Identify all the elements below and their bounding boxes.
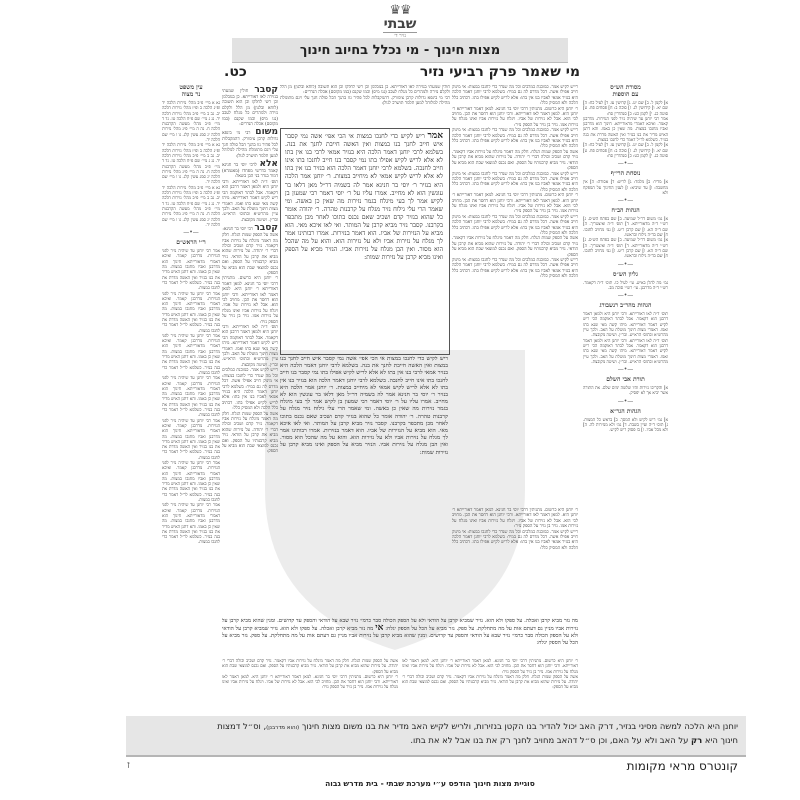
summary-note: (והוא מדרבנן) bbox=[266, 725, 299, 731]
rashi-top-text-2: ר׳ יוחנן היא כרשום. מתניתין דרבי יוסי בר… bbox=[452, 107, 578, 129]
rashi-bottom-left-text-2: ר׳ יוחנן היא כרשום. מתניתין דרבי יוסי בר… bbox=[222, 674, 398, 690]
hagahos-mohar-text-2: תוס׳ ד״ה לאו דאורייתא. ורבי יוחנן היא ול… bbox=[583, 338, 668, 364]
publisher-logo: ♛♛ שבתי נזיר ד׳ bbox=[375, 4, 425, 38]
rosh-text: אמר רבי יוחנן עד שיהיה נזיר לפני הנזירות… bbox=[162, 248, 220, 290]
summary-line-1-end: , וס״ל דמצות bbox=[217, 721, 266, 731]
rashi-right-text: ר׳ יוחנן היא כרשום. מתניתין דרבי יוסי בר… bbox=[452, 508, 578, 530]
ornament-divider bbox=[162, 230, 220, 236]
masores-text: א] לקמן ל. ב] שם יט. ג] קדושין עו. ד] לע… bbox=[583, 100, 668, 116]
rashi-top-text-8: אשה על הספק שמות הגלח. חלק מה דאמר מיגלח… bbox=[452, 236, 578, 258]
gemara-continuation: ריש לקיש כדי לחנכו במצות אי הכי אפי׳ אשה… bbox=[280, 356, 448, 616]
rashi-top-text: רייש לקיש אמר. כמובנת כמלכים וכל מה שנדר… bbox=[452, 85, 578, 107]
topic-title-band: מצות חינוך - מי נכלל בחיוב חינוך bbox=[232, 38, 568, 63]
chapter-header: מי שאמר פרק רביעי נזיר כט. bbox=[224, 64, 580, 84]
summary-line-2-text: על האב ולא על האם, וכן ס״ל דהאב מחויב לח… bbox=[410, 735, 688, 745]
ornament-divider bbox=[583, 198, 668, 204]
tosfos-text-5: רבי יוסי בר חנינא: bbox=[222, 227, 253, 232]
topic-title: מצות חינוך - מי נכלל בחיוב חינוך bbox=[300, 43, 500, 58]
tosfos-text: חולין שמעתי בנזירה לאו דאורייתא. כן בנזב… bbox=[222, 89, 278, 127]
tosfos-wide-text-2: רבי מי ביגפא גדולות קרבן צימורק. דהמקבלו… bbox=[280, 96, 450, 107]
toras-text: א] והקריבו נזירות והיו שלשה ימים שלם. את… bbox=[583, 385, 668, 396]
tosfos-para: אלא לרבי יוסי בר חנינא קאמר בדרשי מפחדו … bbox=[222, 159, 278, 180]
ornament-divider bbox=[583, 293, 668, 299]
tosfos-lead-word-2: משום bbox=[255, 127, 278, 137]
rosh-text-5: אמר רבי יוחנן עד שיהיה נזיר לפני הנזירות… bbox=[162, 418, 220, 460]
gilyon-head: גליון הש״ס bbox=[583, 271, 668, 278]
tosfos-para: משום רבי מי ביגפא גדולות קרבן צימורק. דה… bbox=[222, 127, 278, 159]
summary-box: יוחנן היא הלכה למשה מסיני בנזיר, דרק האב… bbox=[126, 716, 746, 757]
gemara-text: ריש לקיש כדי לחנכו במצות אי הכי אפי׳ אשה… bbox=[285, 133, 443, 261]
ein-mishpat-head: עין משפט נר מצוה bbox=[162, 84, 220, 98]
rashi-top-text-3: רייש לקיש אמר. כמובנת כמלכים וכל מה שנדר… bbox=[452, 128, 578, 150]
gemara-lower-para: מה נזר מביא קרבן ואכלה. על ספקו ולא הוא.… bbox=[222, 618, 578, 647]
tosfos-text-4: תוס׳ ד״ה לאו דאורייתא. ורבי יוחנן היא ול… bbox=[222, 180, 278, 223]
tosfos-text-10: אשה על הספק שמות הגלח. חלק מה דאמר מיגלח… bbox=[222, 412, 278, 455]
tosfos-lead-word-3: אלא bbox=[259, 159, 278, 169]
tosfos-para: תוס׳ ד״ה לאו דאורייתא. ורבי יוחנן היא ול… bbox=[222, 180, 278, 223]
rashi-top-text-7: רייש לקיש אמר. כמובנת כמלכים וכל מה שנדר… bbox=[452, 215, 578, 237]
ein-mishpat-text-2: נא א מיי׳ פ״ב מהל׳ נזירות הלכה יד ופ״ג ה… bbox=[162, 142, 220, 184]
right-margin-column: מסורת הש״ס עם הוספות א] לקמן ל. ב] שם יט… bbox=[583, 82, 668, 707]
hagahos-mohar-head: הגהות מהר״ב רנשבורג bbox=[583, 302, 668, 309]
gemara-cont-text: ריש לקיש כדי לחנכו במצות אי הכי אפי׳ אשה… bbox=[280, 356, 448, 457]
masores-head: מסורת הש״ס עם הוספות bbox=[583, 84, 668, 98]
tosfos-para: קסבר רבי יוסי בר חנינא: bbox=[222, 223, 278, 233]
rosh-text-6: אמר רבי יוחנן עד שיהיה נזיר לפני הנזירות… bbox=[162, 460, 220, 502]
rashi-bottom-left-text: אשה על הספק שמות הגלח. חלק מה דאמר מיגלח… bbox=[222, 658, 398, 674]
masores-text-3: א] לקמן ל. ב] שם יט. ג] קדושין עו. ד] לע… bbox=[583, 142, 668, 158]
gilyon-text: גמ׳ מה להלן באיש. עי׳ לעיל כו. תוס׳ ד״ה … bbox=[583, 280, 668, 291]
left-margin-column: עין משפט נר מצוה נא א מיי׳ פ״ב מהל׳ נזיר… bbox=[162, 82, 220, 707]
summary-emphasis: רק bbox=[691, 735, 702, 745]
tosfos-text-6: אשה על הספק שמות הגלח. חלק מה דאמר מיגלח… bbox=[222, 233, 278, 276]
tosfos-block: קסבר חולין שמעתי בנזירה לאו דאורייתא. כן… bbox=[222, 85, 278, 615]
tosfos-para: קסבר חולין שמעתי בנזירה לאו דאורייתא. כן… bbox=[222, 85, 278, 127]
tosfos-lead-word-4: קסבר bbox=[254, 223, 278, 233]
ein-mishpat-text: נא א מיי׳ פ״ב מהל׳ נזירות הלכה יד ופ״ג ה… bbox=[162, 100, 220, 142]
rashi-right-text-2: רייש לקיש אמר. כמובנת כמלכים וכל מה שנדר… bbox=[452, 530, 578, 552]
masores-text-2: אמר רבי יוחנן עד שיהיה נזיר לפני הנזירות… bbox=[583, 116, 668, 142]
ornament-divider bbox=[583, 161, 668, 167]
ornament-divider bbox=[583, 262, 668, 268]
summary-line-2: חינוך היא רק על האב ולא על האם, וכן ס״ל … bbox=[126, 734, 746, 746]
gemara-lower-lead: אי bbox=[375, 623, 383, 633]
hagahos-text: א] גמ׳ משום דר״ל שמיעה. ב] שם בפתח הש״ס.… bbox=[583, 216, 668, 237]
rosh-text-2: אמר רבי יוחנן עד שיהיה נזיר לפני הנזירות… bbox=[162, 291, 220, 333]
hagra-text: א] גמ׳ ריש לקיש ולא המסך. ב] בראש כל המצ… bbox=[583, 417, 668, 433]
tosfos-para: אשה על הספק שמות הגלח. חלק מה דאמר מיגלח… bbox=[222, 412, 278, 455]
tosfos-lead-word: קסבר bbox=[254, 85, 278, 95]
tosfos-para: תוס׳ ד״ה לאו דאורייתא. ורבי יוחנן היא ול… bbox=[222, 325, 278, 368]
gemara-lead-word: אמר bbox=[427, 132, 443, 141]
summary-line-1-text: יוחנן היא הלכה למשה מסיני בנזיר, דרק האב… bbox=[302, 721, 738, 731]
hagahos-text-2: א] גמ׳ משום דר״ל שמיעה. ב] שם בפתח הש״ס.… bbox=[583, 237, 668, 258]
rashi-right-continuation: ר׳ יוחנן היא כרשום. מתניתין דרבי יוסי בר… bbox=[452, 508, 578, 618]
page-number: ז bbox=[127, 760, 130, 771]
tosfos-para: רייש לקיש אמר. כמובנת כמלכים וכל מה שנדר… bbox=[222, 368, 278, 411]
rashi-top-text-4: אשה על הספק שמות הגלח. חלק מה דאמר מיגלח… bbox=[452, 150, 578, 172]
ein-mishpat-text-3: נא א מיי׳ פ״ב מהל׳ נזירות הלכה יד ופ״ג ה… bbox=[162, 185, 220, 227]
summary-line-1: יוחנן היא הלכה למשה מסיני בנזיר, דרק האב… bbox=[126, 716, 746, 734]
hagahos-mohar-text: תוס׳ ד״ה לאו דאורייתא. ורבי יוחנן היא ול… bbox=[583, 311, 668, 337]
rashi-bottom-left: אשה על הספק שמות הגלח. חלק מה דאמר מיגלח… bbox=[222, 658, 398, 710]
toras-head: תורת אבי השלם bbox=[583, 376, 668, 383]
hagra-head: הגהות הגר״א bbox=[583, 408, 668, 415]
gemara-block: אמר ריש לקיש כדי לחנכו במצות אי הכי אפי׳… bbox=[285, 132, 443, 350]
summary-line-2-start: חינוך היא bbox=[705, 735, 738, 745]
tosfos-para: ר׳ יוחנן היא כרשום. מתניתין דרבי יוסי בר… bbox=[222, 276, 278, 325]
logo-brand: שבתי bbox=[375, 17, 425, 31]
rashi-top-text-5: רייש לקיש אמר. כמובנת כמלכים וכל מה שנדר… bbox=[452, 172, 578, 194]
rashi-bottom-right-text: ר׳ יוחנן היא כרשום. מתניתין דרבי יוסי בר… bbox=[402, 658, 578, 674]
rashi-top-text-6: ר׳ יוחנן היא כרשום. מתניתין דרבי יוסי בר… bbox=[452, 193, 578, 215]
rosh-head: ר״י הראש״ם bbox=[162, 239, 220, 246]
ornament-divider bbox=[583, 367, 668, 373]
tosfos-wide-text: חולין שמעתי בנזירה לאו דאורייתא. כן בנזב… bbox=[280, 85, 450, 96]
nusach-head: נוסחת הרי״ף bbox=[583, 170, 668, 177]
tosfos-text-9: רייש לקיש אמר. כמובנת כמלכים וכל מה שנדר… bbox=[222, 368, 278, 411]
chapter-title: מי שאמר פרק רביעי נזיר bbox=[420, 64, 580, 80]
publisher-credit: סוגיית מצות חינוך הודפס ע״י מערכת שבתי -… bbox=[280, 779, 580, 788]
nusach-text: א] מדיר: ב] מלמד: ג] לריש: ד] אסורה: ה] … bbox=[583, 179, 668, 195]
rosh-text-3: אמר רבי יוחנן עד שיהיה נזיר לפני הנזירות… bbox=[162, 333, 220, 375]
tosfos-text-8: תוס׳ ד״ה לאו דאורייתא. ורבי יוחנן היא ול… bbox=[222, 325, 278, 368]
rashi-top-block: רייש לקיש אמר. כמובנת כמלכים וכל מה שנדר… bbox=[452, 85, 578, 505]
hagahos-head: הגהות הב״ח bbox=[583, 207, 668, 214]
rashi-bottom-right-text-2: אשה על הספק שמות הגלח. חלק מה דאמר מיגלח… bbox=[402, 674, 578, 690]
rashi-bottom-right: ר׳ יוחנן היא כרשום. מתניתין דרבי יוסי בר… bbox=[402, 658, 578, 710]
ornament-divider bbox=[583, 399, 668, 405]
tosfos-wide-block: חולין שמעתי בנזירה לאו דאורייתא. כן בנזב… bbox=[280, 85, 450, 125]
rashi-top-text-9: רייש לקיש אמר. כמובנת כמלכים וכל מה שנדר… bbox=[452, 258, 578, 280]
tosfos-text-7: ר׳ יוחנן היא כרשום. מתניתין דרבי יוסי בר… bbox=[222, 276, 278, 324]
folio-number: כט. bbox=[224, 64, 247, 80]
rosh-text-4: אמר רבי יוחנן עד שיהיה נזיר לפני הנזירות… bbox=[162, 375, 220, 417]
rosh-text-7: אמר רבי יוחנן עד שיהיה נזיר לפני הנזירות… bbox=[162, 502, 220, 544]
tosfos-para: אשה על הספק שמות הגלח. חלק מה דאמר מיגלח… bbox=[222, 233, 278, 276]
gemara-lower-block: מה נזר מביא קרבן ואכלה. על ספקו ולא הוא.… bbox=[222, 618, 578, 654]
booklet-title: קונטרס מראי מקומות bbox=[627, 759, 738, 773]
